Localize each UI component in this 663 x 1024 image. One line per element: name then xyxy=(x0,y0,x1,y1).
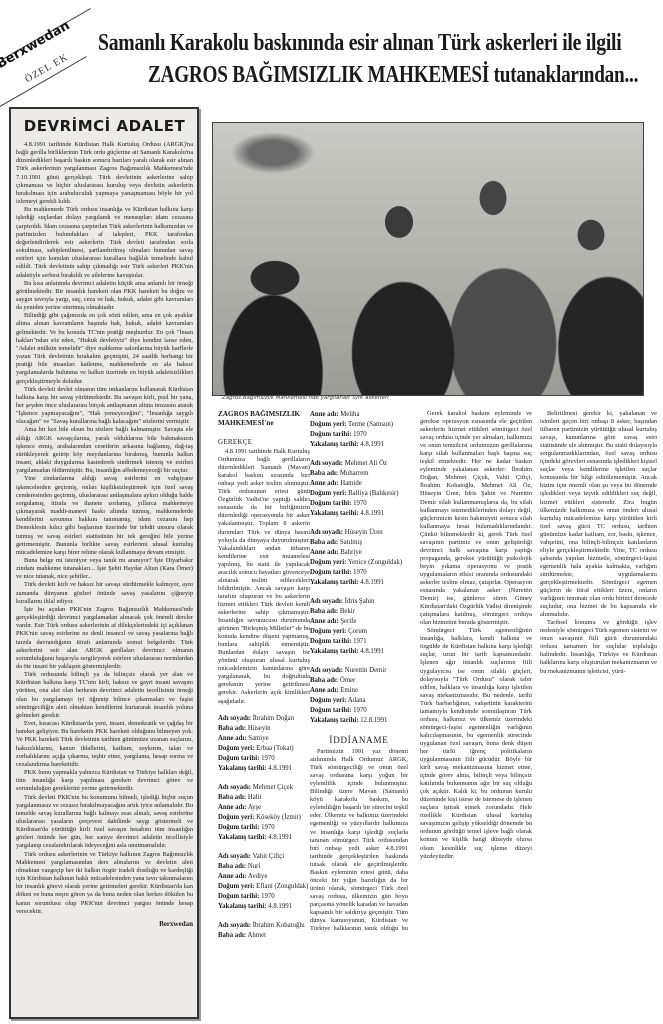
soldier-record: Adı soyadı: İdris Şahin Baba adı: Bekir … xyxy=(310,597,408,657)
sidebar-article-box: DEVRİMCİ ADALET 4.8.1991 tarihinde Kürdi… xyxy=(9,107,199,1019)
soldier-record: Adı soyadı: Hüseyin Üren Baba adı: Satıl… xyxy=(310,528,408,588)
photo-caption: Zagros Bağımsızlık Mahkemesi'nde yargıla… xyxy=(222,395,389,401)
reasoning-paragraph: 4.8.1991 tarihinde Halk Kurtuluş Ordumuz… xyxy=(218,448,310,706)
court-column-2: Anne adı: Meliha Doğum yeri: Terme (Sams… xyxy=(310,410,408,933)
paragraph: Türk devleti PKK'nin bu konumunu bilmeli… xyxy=(16,794,193,851)
court-column-3: Gerek karakol baskını eyleminde ve gerek… xyxy=(420,410,532,917)
soldier-record-continued: Anne adı: Meliha Doğum yeri: Terme (Sams… xyxy=(310,410,408,450)
paragraph: Bu mahkemede Türk ordusu insanlığa ve Kü… xyxy=(16,206,193,279)
berxwedan-supplement-stamp: Berxwedan ÖZEL EK xyxy=(0,28,95,98)
addressee-heading: ZAGROS BAĞIMSIZLIK MAHKEMESİ'ne xyxy=(218,410,310,428)
paragraph: Evet, kısacası Kürdistan'da yeni, insani… xyxy=(16,720,193,769)
paragraph: PKK bunu yapmakla yalnızca Kürdistan ve … xyxy=(16,769,193,793)
soldiers-photo xyxy=(212,122,644,396)
paragraph: Türk devleti devlet olmanın tüm imkanlar… xyxy=(16,386,193,427)
masthead: Berxwedan ÖZEL EK Samanlı Karakolu baskı… xyxy=(0,0,663,105)
indictment-paragraph: Gerek karakol baskını eyleminde ve gerek… xyxy=(420,410,532,627)
soldier-record: Adı soyadı: Mehmet Ali Öz Baba adı: Muha… xyxy=(310,459,408,519)
indictment-paragraph: Belirtilmesi gerekir ki, yakalanan ve is… xyxy=(540,410,657,619)
paragraph: Türk devleti kirli ve haksız bir savaşı … xyxy=(16,581,193,605)
sidebar-article-body: 4.8.1991 tarihinde Kürdistan Halk Kurtul… xyxy=(16,141,193,916)
paragraph: Türk ordusu askerlerinin ve Türkiye halk… xyxy=(16,851,193,916)
soldier-record: Adı soyadı: İbrahim Kobatoğlu Baba adı: … xyxy=(218,921,310,941)
paragraph: Bilindiği gibi çağımızda en çok sözü edi… xyxy=(16,312,193,385)
paragraph: Yine zindanlarına aldığı savaş esirlerin… xyxy=(16,475,193,557)
headline-line-1: Samanlı Karakolu baskınında esir alınan … xyxy=(98,30,622,57)
article-signature: Berxwedan xyxy=(16,920,193,928)
sidebar-article-title: DEVRİMCİ ADALET xyxy=(16,117,193,135)
indictment-paragraph: Partimizin 1991 yaz dönemi atılımında Ha… xyxy=(310,748,408,933)
soldier-record: Adı soyadı: Mehmet Çiçek Baba adı: Halit… xyxy=(218,783,310,843)
headline-line-2: ZAGROS BAĞIMSIZLIK MAHKEMESİ tutanakları… xyxy=(148,62,638,89)
reasoning-heading: GEREKÇE xyxy=(218,438,310,446)
paragraph: Ama bir kez bile olsun bu sözlere bağlı … xyxy=(16,426,193,475)
paragraph: Türk ordusunda bilinçli ya da bilinçsiz … xyxy=(16,671,193,720)
paragraph: Buna belge mi isteniyor veya tanık mı ar… xyxy=(16,557,193,581)
soldier-record: Adı soyadı: Nurettin Demir Baba adı: Öme… xyxy=(310,666,408,726)
indictment-paragraph: Tarihsel konumu ve gördüğü işlev nedeniy… xyxy=(540,619,657,675)
court-column-1: ZAGROS BAĞIMSIZLIK MAHKEMESİ'ne GEREKÇE … xyxy=(218,410,310,950)
indictment-heading: İDDİANAME xyxy=(310,736,408,744)
court-column-4: Belirtilmesi gerekir ki, yakalanan ve is… xyxy=(540,410,657,676)
paragraph: 4.8.1991 tarihinde Kürdistan Halk Kurtul… xyxy=(16,141,193,206)
paragraph: Bu kısa anlatımda devrimci adaletin küçü… xyxy=(16,280,193,313)
soldier-record: Adı soyadı: Vahit Çiftçi Baba adı: Nuri … xyxy=(218,852,310,912)
soldier-record: Adı soyadı: İbrahim Doğan Baba adı: Hüse… xyxy=(218,714,310,774)
paragraph: İşte bu açıdan PKK'nin Zagros Bağımsızlı… xyxy=(16,606,193,671)
indictment-paragraph: Sömürgeci Türk egemenliğinin insanlığa, … xyxy=(420,627,532,917)
